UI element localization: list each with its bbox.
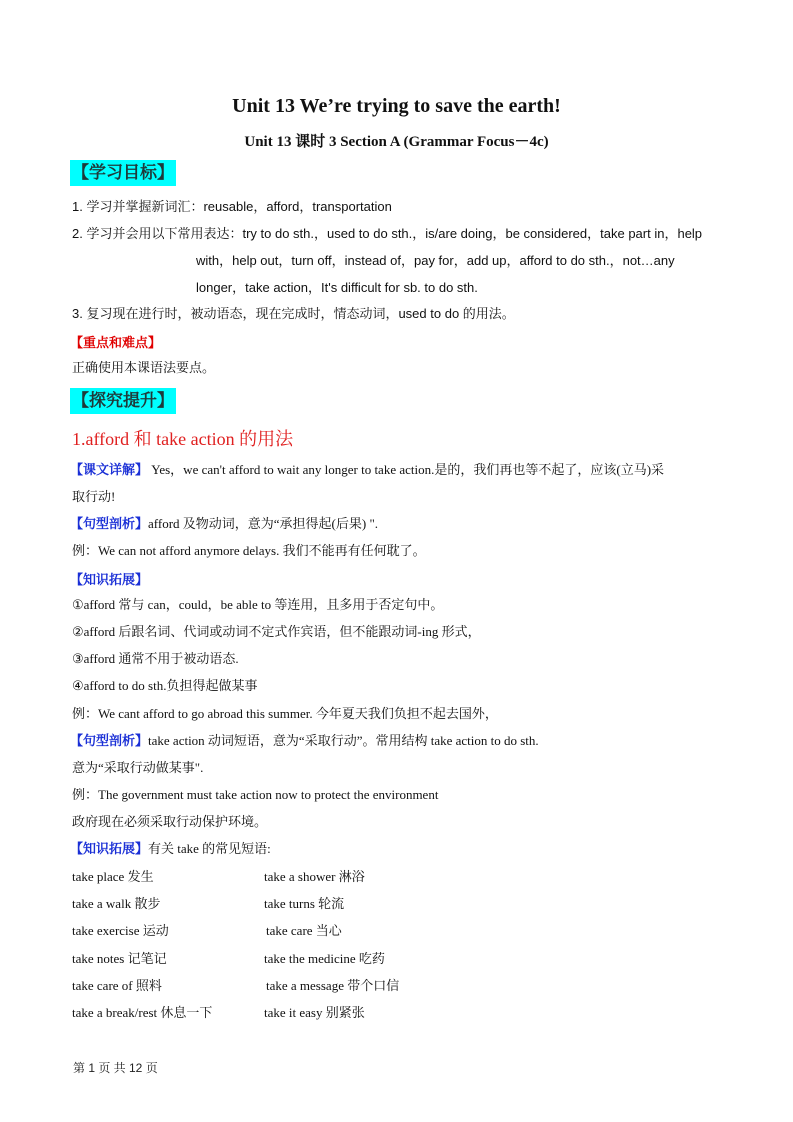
document-subtitle: Unit 13 课时 3 Section A (Grammar Focus－4c… <box>0 130 793 151</box>
example1: 例：We can not afford anymore delays. 我们不能… <box>72 542 426 560</box>
knowledge1-item-4: ④afford to do sth.负担得起做某事 <box>72 677 257 695</box>
phrase-left-3: take exercise 运动 <box>72 922 169 940</box>
goal-item-3: 3. 复习现在进行时，被动语态，现在完成时，情态动词，used to do 的用… <box>72 305 515 323</box>
pattern2-line: 【句型剖析】take action 动词短语，意为“采取行动”。常用结构 tak… <box>70 732 539 750</box>
goal-item-2-cont2: longer，take action，It's difficult for sb… <box>196 279 478 297</box>
key-points-heading: 【重点和难点】 <box>70 332 161 351</box>
phrase-right-3: take care 当心 <box>266 922 342 940</box>
knowledge2-text: 有关 take 的常见短语: <box>148 841 271 856</box>
example3: 例：The government must take action now to… <box>72 786 438 804</box>
phrase-right-6: take it easy 别紧张 <box>264 1004 365 1022</box>
phrase-left-6: take a break/rest 休息一下 <box>72 1004 212 1022</box>
text-detail-cont: 取行动! <box>72 488 115 506</box>
knowledge1-item-3: ③afford 通常不用于被动语态. <box>72 650 239 668</box>
topic-title: 1.afford 和 take action 的用法 <box>72 425 293 451</box>
example2: 例：We cant afford to go abroad this summe… <box>72 705 498 723</box>
pattern2-label: 【句型剖析】 <box>70 733 148 748</box>
goal-item-2-cont: with，help out，turn off，instead of，pay fo… <box>196 252 675 270</box>
pattern1-text: afford 及物动词，意为“承担得起(后果) ". <box>148 516 378 531</box>
phrase-right-5: take a message 带个口信 <box>266 977 399 995</box>
text-detail-line: 【课文详解】 Yes，we can't afford to wait any l… <box>70 461 664 479</box>
pattern2-text: take action 动词短语，意为“采取行动”。常用结构 take acti… <box>148 733 539 748</box>
page-number-footer: 第 1 页 共 12 页 <box>73 1059 158 1076</box>
phrase-left-1: take place 发生 <box>72 868 154 886</box>
document-title: Unit 13 We’re trying to save the earth! <box>0 95 793 118</box>
phrase-right-4: take the medicine 吃药 <box>264 950 385 968</box>
pattern2-cont: 意为“采取行动做某事". <box>72 759 203 777</box>
goal-item-1: 1. 学习并掌握新词汇：reusable，afford，transportati… <box>72 198 392 216</box>
phrase-left-4: take notes 记笔记 <box>72 950 167 968</box>
knowledge1-item-2: ②afford 后跟名词、代词或动词不定式作宾语，但不能跟动词-ing 形式， <box>72 623 481 641</box>
pattern1-label: 【句型剖析】 <box>70 516 148 531</box>
knowledge2-label: 【知识拓展】 <box>70 841 148 856</box>
phrase-right-2: take turns 轮流 <box>264 895 344 913</box>
phrase-left-2: take a walk 散步 <box>72 895 160 913</box>
knowledge1-heading: 【知识拓展】 <box>70 569 148 588</box>
phrase-right-1: take a shower 淋浴 <box>264 868 365 886</box>
goal-item-2: 2. 学习并会用以下常用表达：try to do sth.，used to do… <box>72 225 702 243</box>
phrase-left-5: take care of 照料 <box>72 977 162 995</box>
text-detail-label: 【课文详解】 <box>70 462 148 477</box>
example3-cn: 政府现在必须采取行动保护环境。 <box>72 813 267 831</box>
text-detail-text: Yes，we can't afford to wait any longer t… <box>148 462 664 477</box>
knowledge1-item-1: ①afford 常与 can，could，be able to 等连用，且多用于… <box>72 596 443 614</box>
document-page: Unit 13 We’re trying to save the earth! … <box>0 0 793 1122</box>
key-points-text: 正确使用本课语法要点。 <box>72 359 215 377</box>
section-heading-explore: 【探究提升】 <box>70 388 176 414</box>
pattern1-line: 【句型剖析】afford 及物动词，意为“承担得起(后果) ". <box>70 515 378 533</box>
knowledge2-line: 【知识拓展】有关 take 的常见短语: <box>70 840 271 858</box>
section-heading-goals: 【学习目标】 <box>70 160 176 186</box>
